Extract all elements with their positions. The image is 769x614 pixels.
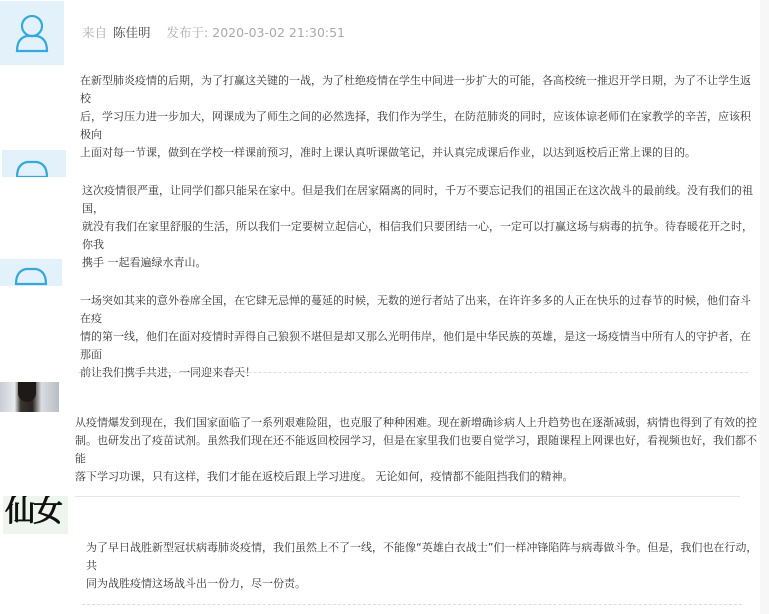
comment-body: 从疫情爆发到现在，我们国家面临了一系列艰难险阻，也克服了种种困难。现在新增确诊病… <box>75 414 765 486</box>
text-line: 同为战胜疫情这场战斗出一份力，尽一份责。 <box>86 575 766 593</box>
text-line: 制。也研发出了疫苗试剂。虽然我们现在还不能返回校园学习，但是在家里我们也要自觉学… <box>75 432 765 468</box>
divider <box>82 604 742 605</box>
user-icon <box>2 150 64 177</box>
comment-body: 这次疫情很严重，让同学们都只能呆在家中。但是我们在居家隔离的同时，千万不要忘记我… <box>82 182 762 272</box>
published-label: 发布于: <box>167 25 209 40</box>
avatar-text: 仙女 <box>5 496 61 530</box>
text-line: 上面对每一节课，做到在学校一样课前预习，准时上课认真听课做笔记，并认真完成课后作… <box>80 144 760 162</box>
text-line: 前让我们携手共进，一同迎来春天！ <box>80 364 760 382</box>
photo-figure <box>18 382 36 402</box>
author-name[interactable]: 陈佳明 <box>113 25 151 40</box>
text-line: 携手 一起看遍绿水青山。 <box>82 254 762 272</box>
user-icon <box>0 259 62 286</box>
text-line: 就没有我们在家里舒服的生活，所以我们一定要树立起信心，相信我们只要团结一心，一定… <box>82 218 762 254</box>
comment-meta: 来自陈佳明发布于:2020-03-02 21:30:51 <box>82 23 345 41</box>
avatar[interactable] <box>0 382 59 412</box>
comment-body: 一场突如其来的意外卷席全国，在它肆无忌惮的蔓延的时候，无数的逆行者站了出来，在许… <box>80 292 760 382</box>
avatar[interactable] <box>0 1 64 65</box>
text-line: 从疫情爆发到现在，我们国家面临了一系列艰难险阻，也克服了种种困难。现在新增确诊病… <box>75 414 765 432</box>
avatar[interactable]: 仙女 <box>3 496 68 534</box>
text-line: 这次疫情很严重，让同学们都只能呆在家中。但是我们在居家隔离的同时，千万不要忘记我… <box>82 182 762 218</box>
text-line: 一场突如其来的意外卷席全国，在它肆无忌惮的蔓延的时候，无数的逆行者站了出来，在许… <box>80 292 760 328</box>
text-line: 落下学习功课，只有这样，我们才能在返校后跟上学习进度。 无论如何，疫情都不能阻挡… <box>75 468 765 486</box>
text-line: 后，学习压力进一步加大，网课成为了师生之间的必然选择，我们作为学生，在防范肺炎的… <box>80 108 760 144</box>
from-label: 来自 <box>82 25 107 40</box>
text-line: 为了早日战胜新型冠状病毒肺炎疫情，我们虽然上不了一线，不能像“英雄白衣战士”们一… <box>86 539 766 575</box>
divider <box>75 496 740 497</box>
text-line: 情的第一线，他们在面对疫情时弄得自己狼狈不堪但是却又那么光明伟岸，他们是中华民族… <box>80 328 760 364</box>
avatar[interactable] <box>0 259 62 286</box>
scrollbar-track[interactable] <box>760 0 769 614</box>
divider <box>78 372 748 373</box>
comment-body: 在新型肺炎疫情的后期，为了打赢这关键的一战，为了杜绝疫情在学生中间进一步扩大的可… <box>80 72 760 162</box>
timestamp: 2020-03-02 21:30:51 <box>212 25 345 40</box>
avatar[interactable] <box>2 150 66 177</box>
text-line: 在新型肺炎疫情的后期，为了打赢这关键的一战，为了杜绝疫情在学生中间进一步扩大的可… <box>80 72 760 108</box>
user-icon <box>0 1 64 65</box>
comment-body: 为了早日战胜新型冠状病毒肺炎疫情，我们虽然上不了一线，不能像“英雄白衣战士”们一… <box>86 539 766 593</box>
